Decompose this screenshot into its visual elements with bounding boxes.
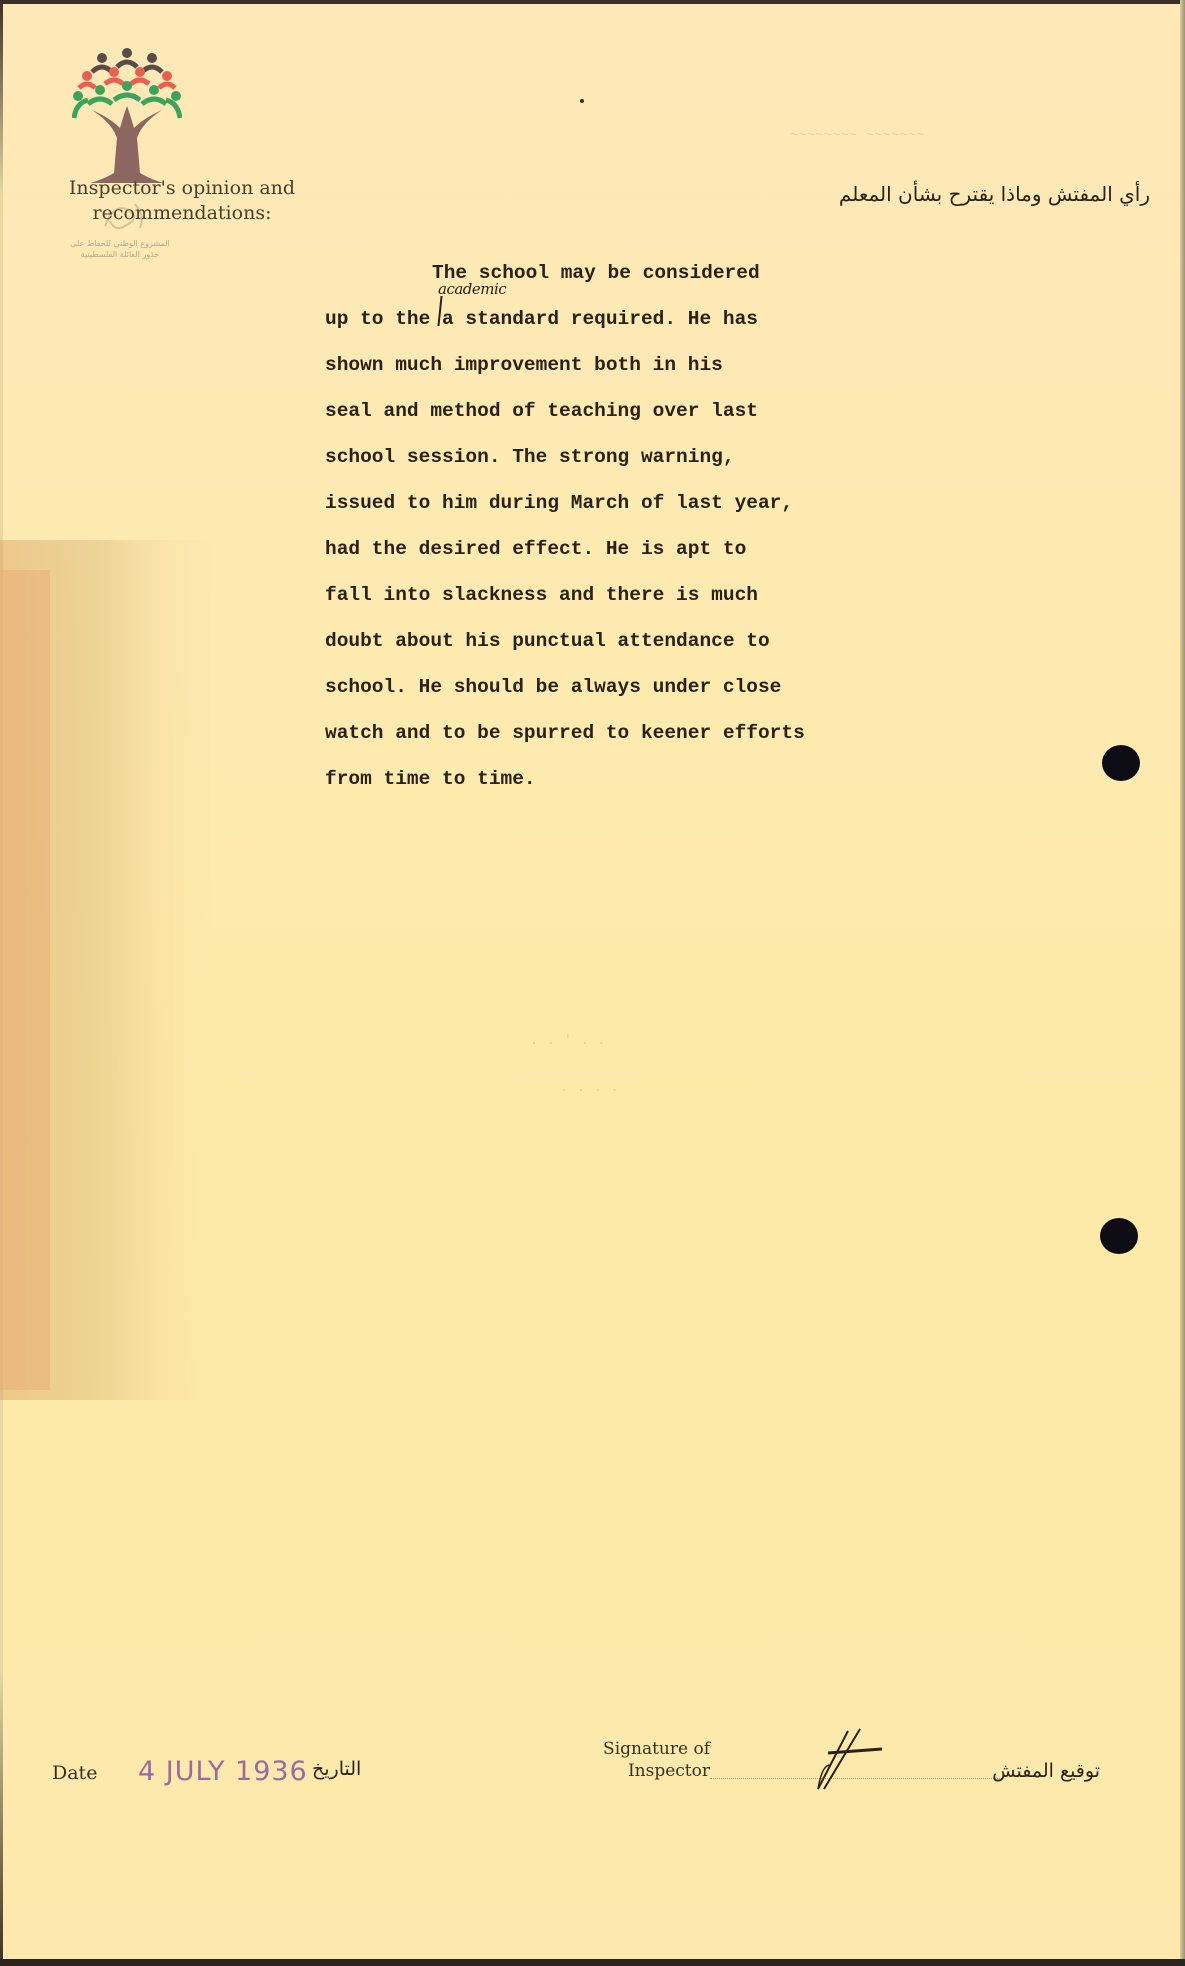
remarks-line: shown much improvement both in his: [325, 342, 975, 388]
scan-edge-top: [0, 0, 1185, 4]
family-tree-logo-icon: [72, 48, 182, 188]
paper-speck: [580, 99, 584, 103]
scan-edge-bottom: [0, 1959, 1185, 1966]
scan-edge-right: [1180, 0, 1185, 1966]
remarks-line: from time to time.: [325, 756, 975, 802]
date-label-ar: التاريخ: [312, 1758, 361, 1780]
signature-label: Signature of Inspector: [600, 1738, 710, 1782]
punch-hole: [1102, 745, 1140, 781]
section-heading-en-line-2: recommendations:: [52, 201, 312, 226]
date-stamp: 4 JULY 1936: [138, 1756, 308, 1787]
watermark-caption: المشروع الوطني للحفاظ على جذور العائلة ا…: [40, 238, 200, 260]
remarks-line: school session. The strong warning,: [325, 434, 975, 480]
remarks-line: The school may be considered: [325, 250, 975, 296]
watermark-caption-line-2: جذور العائلة الفلسطينية: [40, 249, 200, 260]
watermark-caption-line-1: المشروع الوطني للحفاظ على: [40, 238, 200, 249]
remarks-line: school. He should be always under close: [325, 664, 975, 710]
remarks-line: up to the a standard required. He has: [325, 296, 975, 342]
signature-label-line-2: Inspector: [600, 1760, 710, 1782]
document-page: المشروع الوطني للحفاظ على جذور العائلة ا…: [0, 0, 1185, 1966]
remarks-line: seal and method of teaching over last: [325, 388, 975, 434]
remarks-line: issued to him during March of last year,: [325, 480, 975, 526]
bleed-through-text: . . ' . .: [530, 1033, 606, 1049]
bleed-through-text: ~~~~~~~~ ~~~~~~~: [790, 128, 924, 144]
remarks-line: had the desired effect. He is apt to: [325, 526, 975, 572]
handwritten-signature-icon: [810, 1725, 890, 1793]
section-heading-en-line-1: Inspector's opinion and: [52, 176, 312, 201]
remarks-line: watch and to be spurred to keener effort…: [325, 710, 975, 756]
inspector-remarks: The school may be considered up to the a…: [325, 250, 975, 802]
remarks-line: fall into slackness and there is much: [325, 572, 975, 618]
date-label: Date: [52, 1762, 97, 1784]
punch-hole: [1100, 1218, 1138, 1254]
signature-label-line-1: Signature of: [600, 1738, 710, 1760]
signature-label-ar: توقيع المفتش: [992, 1760, 1100, 1782]
section-heading-en: Inspector's opinion and recommendations:: [52, 176, 312, 226]
section-heading-ar: رأي المفتش وماذا يقترح بشأن المعلم: [839, 182, 1150, 206]
paper-stain-inner: [0, 570, 50, 1390]
remarks-line: doubt about his punctual attendance to: [325, 618, 975, 664]
bleed-through-text: . . . .: [560, 1080, 619, 1096]
